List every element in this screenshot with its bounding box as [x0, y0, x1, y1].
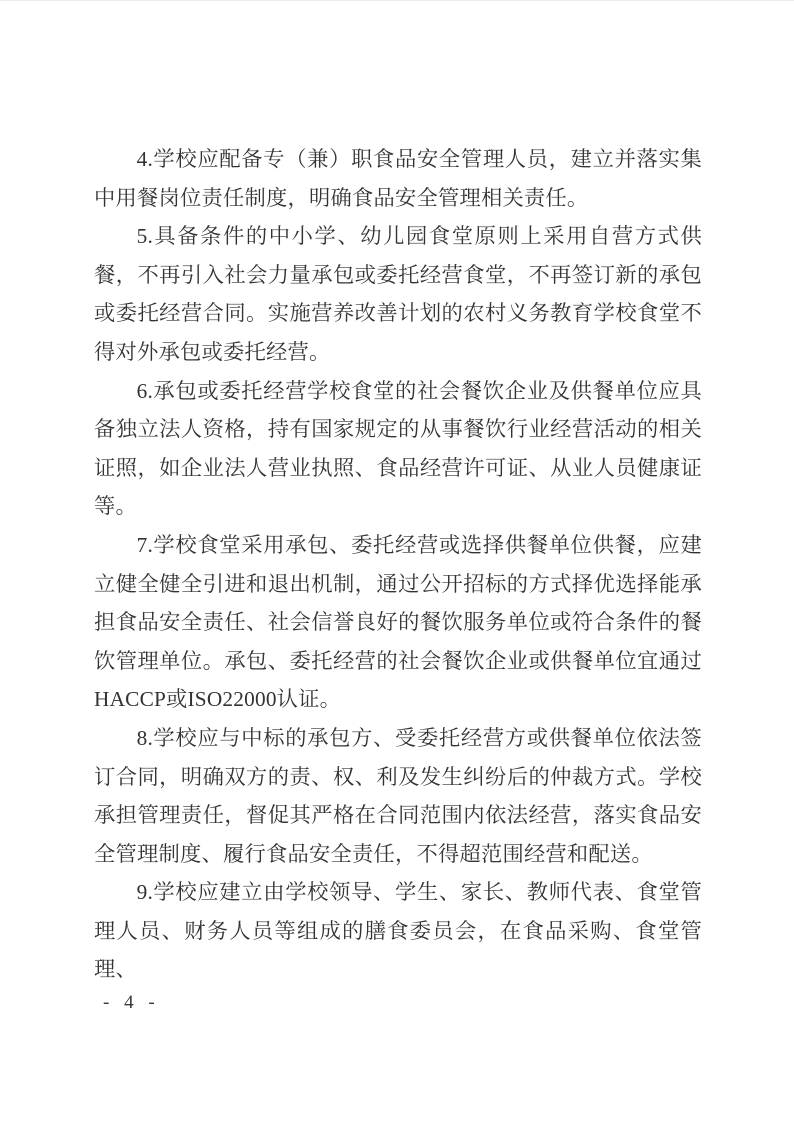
paragraph-item-6: 6.承包或委托经营学校食堂的社会餐饮企业及供餐单位应具备独立法人资格，持有国家规…	[94, 372, 702, 526]
paragraph-item-4: 4.学校应配备专（兼）职食品安全管理人员，建立并落实集中用餐岗位责任制度，明确食…	[94, 140, 702, 217]
paragraph-item-9: 9.学校应建立由学校领导、学生、家长、教师代表、食堂管理人员、财务人员等组成的膳…	[94, 873, 702, 989]
document-page: { "colors": { "background": "#ffffff", "…	[0, 0, 794, 1123]
paragraph-item-5: 5.具备条件的中小学、幼儿园食堂原则上采用自营方式供餐，不再引入社会力量承包或委…	[94, 217, 702, 371]
paragraph-item-8: 8.学校应与中标的承包方、受委托经营方或供餐单位依法签订合同，明确双方的责、权、…	[94, 719, 702, 873]
paragraph-item-7: 7.学校食堂采用承包、委托经营或选择供餐单位供餐，应建立健全健全引进和退出机制，…	[94, 526, 702, 719]
document-body: 4.学校应配备专（兼）职食品安全管理人员，建立并落实集中用餐岗位责任制度，明确食…	[94, 140, 702, 989]
page: 4.学校应配备专（兼）职食品安全管理人员，建立并落实集中用餐岗位责任制度，明确食…	[0, 1, 794, 1123]
page-number: - 4 -	[103, 991, 160, 1015]
